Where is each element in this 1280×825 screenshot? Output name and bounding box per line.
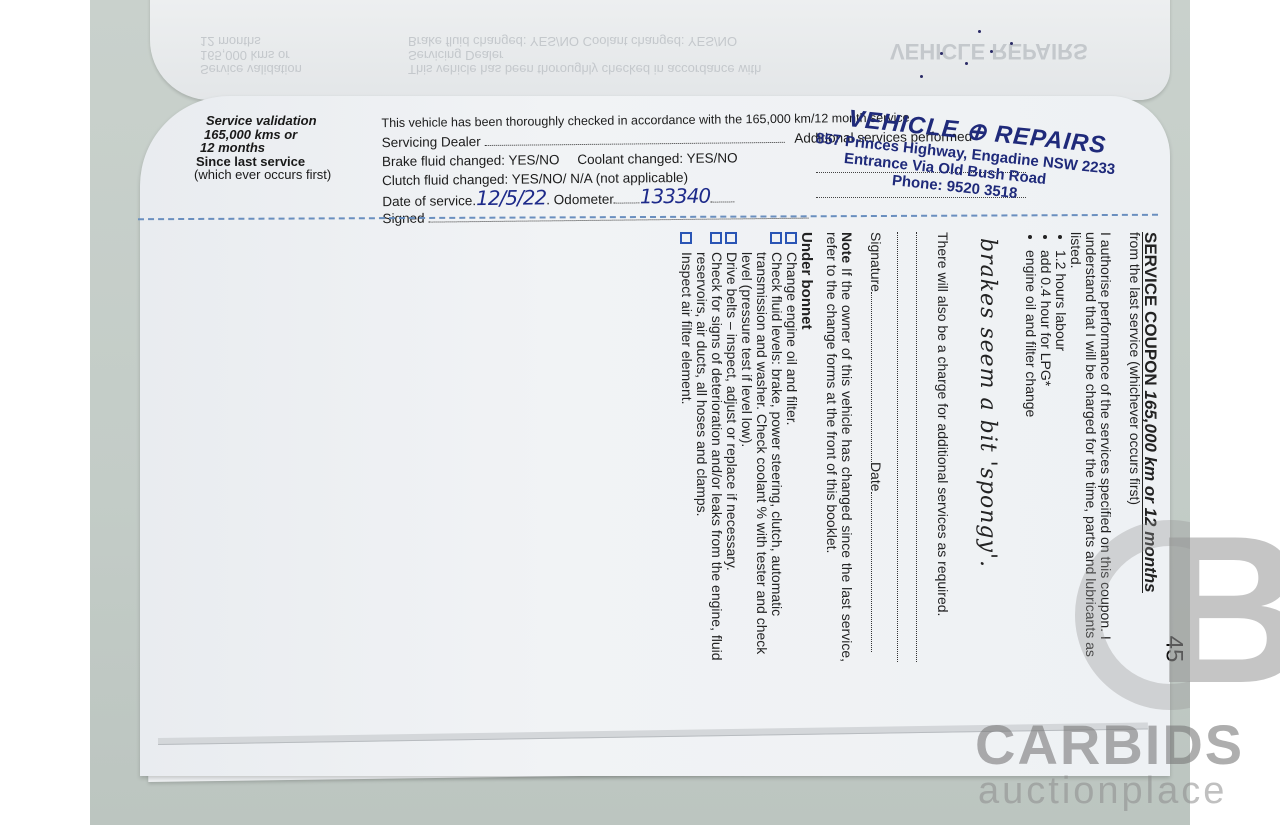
signature-field[interactable] [871,292,872,462]
checkbox-icon[interactable] [770,232,782,244]
brake-fluid-label: Brake fluid changed: YES/NO [382,152,560,169]
service-validation: Service validation 165,000 kms or 12 mon… [194,114,331,182]
bullet-item: engine oil and filter change [1023,250,1038,662]
ink-spot [940,52,943,55]
checklist-item[interactable]: Inspect air filter element. [679,232,694,662]
dealer-field[interactable] [484,132,784,146]
checkbox-icon[interactable] [710,232,722,244]
ink-spot [965,62,968,65]
date-value[interactable]: 12/5/22 [476,185,546,210]
additional-charge-text: There will also be a charge for addition… [935,232,950,662]
signature-label: Signature [868,232,884,292]
coupon-bullets: 1.2 hours labour add 0.4 hour for LPG* e… [1023,232,1068,662]
ghost-text: This vehicle has been thoroughly checked… [408,62,761,77]
ghost-text: 165,000 kms or [200,48,290,63]
checkbox-icon[interactable] [680,232,692,244]
checkbox-icon[interactable] [785,232,797,244]
bullet-item: add 0.4 hour for LPG* [1038,250,1053,662]
handwritten-note: brakes seem a bit 'spongy'. [980,238,995,662]
validation-line: Service validation [194,114,331,128]
date-label: Date of service. [382,193,476,209]
checklist-item[interactable]: Change engine oil and filter. [784,232,799,662]
odometer-label: Odometer [554,192,614,208]
coupon-title: SERVICE COUPON 165,000 km or 12 months [1142,232,1158,593]
dotted-line[interactable] [897,232,916,662]
ink-spot [978,30,981,33]
authorise-text: I authorise performance of the services … [1068,232,1113,662]
ghost-text: Servicing Dealer [408,48,503,63]
coupon-subtitle: from the last service (whichever occurs … [1127,232,1142,662]
ghost-text: 12 months [200,34,261,49]
odometer-value[interactable]: 133340 [640,184,711,209]
coupon-date-field[interactable] [871,492,872,652]
dealer-label: Servicing Dealer [382,134,481,150]
ghost-text: Service validation [200,62,302,77]
booklet-photo: Service validation 165,000 kms or 12 mon… [90,0,1190,825]
coolant-label: Coolant changed: YES/NO [577,150,738,167]
dotted-line[interactable] [916,232,935,662]
signature-row: SignatureDate [868,232,883,662]
ink-spot [1010,42,1013,45]
previous-page: Service validation 165,000 kms or 12 mon… [150,0,1170,100]
ink-spot [920,75,923,78]
ghost-text: VEHICLE REPAIRS [890,38,1088,64]
validation-line: Since last service [194,155,331,169]
checkbox-icon[interactable] [725,232,737,244]
date-label: Date [868,462,884,492]
ink-spot [990,50,993,53]
page-number: 45 [1159,636,1187,663]
under-bonnet-checklist: Change engine oil and filter. Check flui… [679,232,799,662]
under-bonnet-title: Under bonnet [799,232,814,662]
service-coupon: SERVICE COUPON 165,000 km or 12 months f… [368,232,1158,702]
ghost-text: Brake fluid changed: YES/NO Coolant chan… [408,34,737,49]
owner-note: Note If the owner of this vehicle has ch… [824,232,854,662]
checklist-item[interactable]: Drive belts – inspect, adjust or replace… [724,232,739,662]
checklist-item[interactable]: Check for signs of deterioration and/or … [694,232,724,662]
checklist-item[interactable]: Check fluid levels: brake, power steerin… [739,232,784,662]
coupon-header: SERVICE COUPON 165,000 km or 12 months f… [679,232,1158,662]
validation-line: 12 months [194,141,331,155]
validation-line: 165,000 kms or [194,128,331,142]
validation-line: (which ever occurs first) [194,168,331,182]
bullet-item: 1.2 hours labour [1053,250,1068,662]
